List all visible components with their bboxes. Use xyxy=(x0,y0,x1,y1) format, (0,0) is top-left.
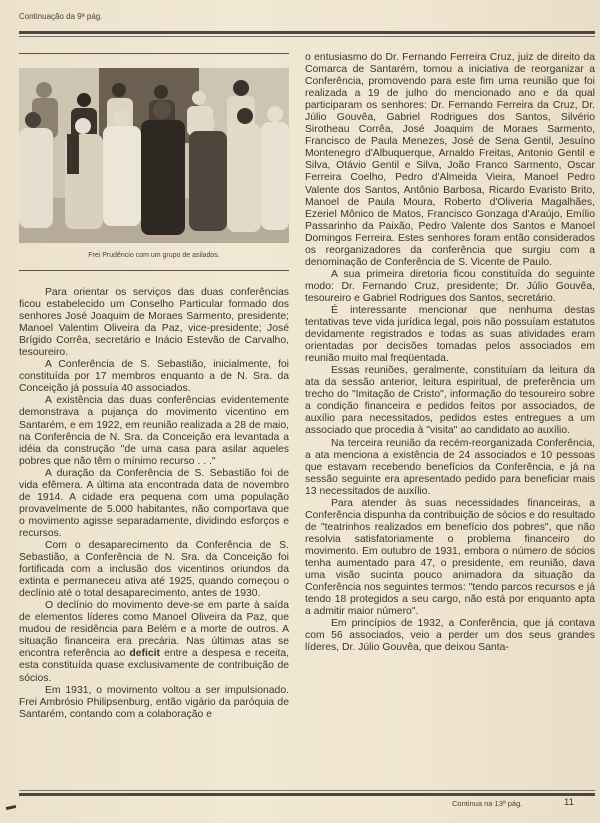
paragraph: Na terceira reunião da recém-reorganizad… xyxy=(305,438,595,498)
paragraph: É interessante mencionar que nenhuma des… xyxy=(305,305,595,365)
footer-continuation: Continua na 13ª pág. xyxy=(452,799,522,808)
magazine-page: Continuação da 9ª pág. xyxy=(0,0,600,823)
paragraph: Em princípios de 1932, a Conferência, qu… xyxy=(305,618,595,654)
page-number: 11 xyxy=(564,797,574,808)
paragraph: Para orientar os serviços das duas confe… xyxy=(19,287,289,359)
group-photo xyxy=(19,68,289,243)
header-rule-thick xyxy=(19,31,595,34)
paragraph: Em 1931, o movimento voltou a ser impuls… xyxy=(19,685,289,721)
right-column: o entusiasmo do Dr. Fernando Ferreira Cr… xyxy=(305,52,595,654)
photo-caption: Frei Prudêncio com um grupo de asilados. xyxy=(19,252,289,259)
paragraph: A duração da Conferência de S. Sebastião… xyxy=(19,468,289,540)
caption-rule xyxy=(19,270,289,271)
photo-top-rule xyxy=(19,53,289,54)
paragraph: Essas reuniões, geralmente, constituíam … xyxy=(305,365,595,437)
group-photo-image-icon xyxy=(19,68,289,243)
paragraph: A sua primeira diretoria ficou constituí… xyxy=(305,269,595,305)
paragraph: Com o desaparecimento da Conferência de … xyxy=(19,540,289,600)
paragraph: Para atender às suas necessidades financ… xyxy=(305,498,595,618)
footer-rule-thick xyxy=(19,793,595,796)
paragraph-continued: o entusiasmo do Dr. Fernando Ferreira Cr… xyxy=(305,52,595,269)
paragraph: O declínio do movimento deve-se em parte… xyxy=(19,600,289,684)
margin-mark-icon xyxy=(6,805,16,810)
paragraph: A Conferência de S. Sebastião, inicialme… xyxy=(19,359,289,395)
paragraph: A existência das duas conferências evide… xyxy=(19,395,289,467)
header-continuation: Continuação da 9ª pág. xyxy=(19,12,102,21)
bold-term: deficit xyxy=(129,648,160,659)
header-rule-thin xyxy=(19,36,595,37)
left-column: Para orientar os serviços das duas confe… xyxy=(19,287,289,721)
footer-rule-thin xyxy=(19,790,595,791)
